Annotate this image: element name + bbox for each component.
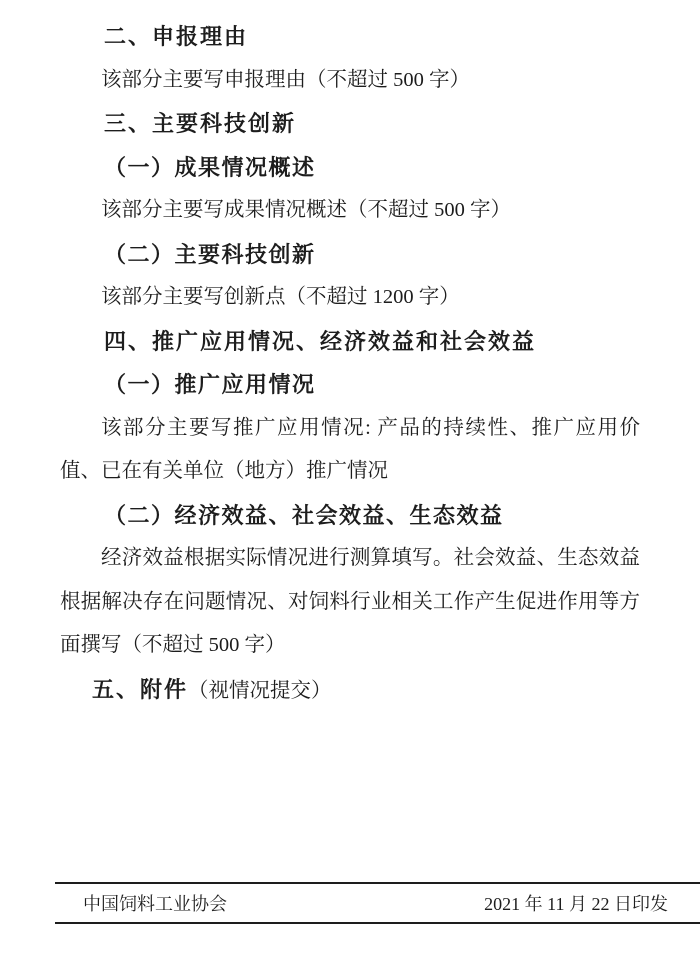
heading-section-five-note: （视情况提交）: [188, 680, 332, 702]
paragraph-innovation-points: 该部分主要写创新点（不超过 1200 字）: [60, 276, 640, 320]
heading-section-two: 二、申报理由: [60, 15, 640, 59]
document-page: 二、申报理由 该部分主要写申报理由（不超过 500 字） 三、主要科技创新 （一…: [0, 0, 700, 956]
footer-print-date: 2021 年 11 月 22 日印发: [484, 890, 668, 916]
heading-section-five-label: 五、附件: [92, 677, 188, 702]
footer-issuer: 中国饲料工业协会: [83, 890, 227, 916]
paragraph-promotion-application: 该部分主要写推广应用情况: 产品的持续性、推广应用价值、已在有关单位（地方）推广…: [60, 407, 640, 494]
heading-benefits: （二）经济效益、社会效益、生态效益: [60, 494, 640, 538]
paragraph-declaration-reason: 该部分主要写申报理由（不超过 500 字）: [60, 59, 640, 103]
heading-section-three: 三、主要科技创新: [60, 102, 640, 146]
footer: 中国饲料工业协会 2021 年 11 月 22 日印发: [55, 882, 700, 924]
heading-main-innovation: （二）主要科技创新: [60, 233, 640, 277]
heading-section-four: 四、推广应用情况、经济效益和社会效益: [60, 320, 640, 364]
heading-section-five: 五、附件（视情况提交）: [60, 668, 640, 715]
paragraph-achievement-overview: 该部分主要写成果情况概述（不超过 500 字）: [60, 189, 640, 233]
document-body: 二、申报理由 该部分主要写申报理由（不超过 500 字） 三、主要科技创新 （一…: [60, 15, 640, 714]
paragraph-benefits: 经济效益根据实际情况进行测算填写。社会效益、生态效益根据解决存在问题情况、对饲料…: [60, 537, 640, 668]
heading-achievement-overview: （一）成果情况概述: [60, 146, 640, 190]
heading-promotion-application: （一）推广应用情况: [60, 363, 640, 407]
